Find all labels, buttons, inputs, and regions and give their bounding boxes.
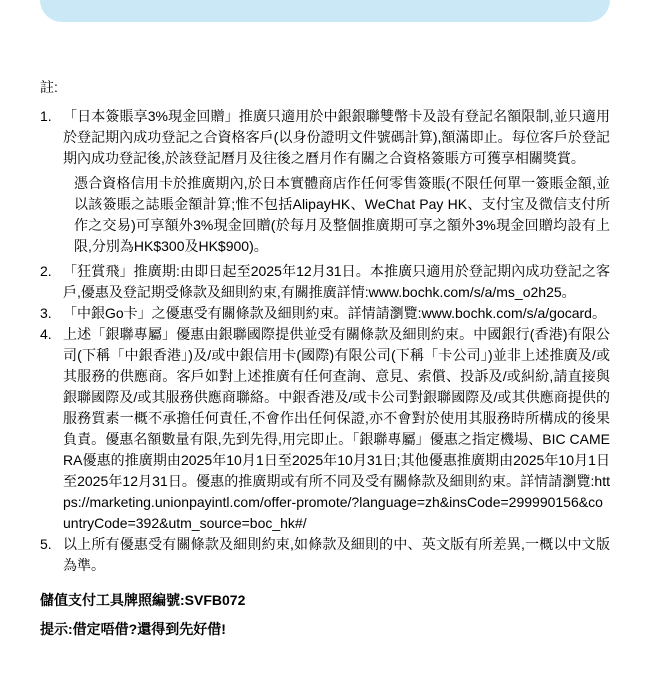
note-item-4: 4. 上述「銀聯專屬」優惠由銀聯國際提供並受有關條款及細則約束。中國銀行(香港)… xyxy=(40,324,610,534)
loan-warning-slogan: 提示:借定唔借?還得到先好借! xyxy=(40,619,610,640)
note-number-2: 2. xyxy=(40,261,52,282)
note-text-1: 「日本簽賬享3%現金回贈」推廣只適用於中銀銀聯雙幣卡及設有登記名額限制,並只適用… xyxy=(63,106,610,169)
note-item-5: 5. 以上所有優惠受有關條款及細則約束,如條款及細則的中、英文版有所差異,一概以… xyxy=(40,534,610,576)
notes-section: 註: 1. 「日本簽賬享3%現金回贈」推廣只適用於中銀銀聯雙幣卡及設有登記名額限… xyxy=(40,0,610,640)
note-number-1: 1. xyxy=(40,106,52,127)
note-text-4: 上述「銀聯專屬」優惠由銀聯國際提供並受有關條款及細則約束。中國銀行(香港)有限公… xyxy=(63,324,610,534)
note-number-3: 3. xyxy=(40,303,52,324)
notes-heading: 註: xyxy=(40,77,610,98)
note-subtext-1: 憑合資格信用卡於推廣期內,於日本實體商店作任何零售簽賬(不限任何單一簽賬金額,並… xyxy=(74,173,610,257)
notes-list: 1. 「日本簽賬享3%現金回贈」推廣只適用於中銀銀聯雙幣卡及設有登記名額限制,並… xyxy=(40,106,610,576)
note-number-4: 4. xyxy=(40,324,52,345)
stored-value-license-number: 儲值支付工具牌照編號:SVFB072 xyxy=(40,590,610,611)
note-text-5: 以上所有優惠受有關條款及細則約束,如條款及細則的中、英文版有所差異,一概以中文版… xyxy=(63,534,610,576)
note-item-3: 3. 「中銀Go卡」之優惠受有關條款及細則約束。詳情請瀏覽:www.bochk.… xyxy=(40,303,610,324)
note-text-3: 「中銀Go卡」之優惠受有關條款及細則約束。詳情請瀏覽:www.bochk.com… xyxy=(63,303,610,324)
note-item-1: 1. 「日本簽賬享3%現金回贈」推廣只適用於中銀銀聯雙幣卡及設有登記名額限制,並… xyxy=(40,106,610,257)
note-text-2: 「狂賞飛」推廣期:由即日起至2025年12月31日。本推廣只適用於登記期內成功登… xyxy=(63,261,610,303)
note-item-2: 2. 「狂賞飛」推廣期:由即日起至2025年12月31日。本推廣只適用於登記期內… xyxy=(40,261,610,303)
note-number-5: 5. xyxy=(40,534,52,555)
